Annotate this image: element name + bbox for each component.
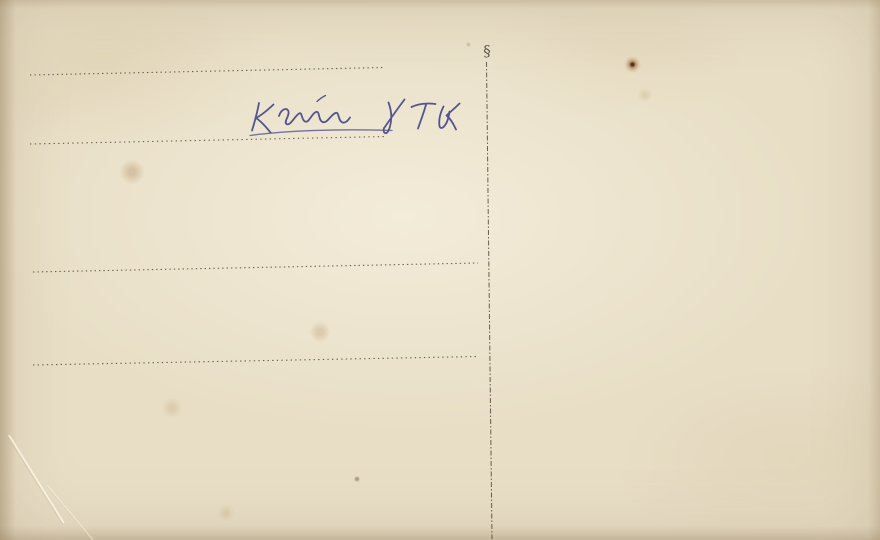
handwriting-stroke <box>385 100 405 128</box>
printed-and-written-layer: § <box>0 0 880 540</box>
divider-line <box>487 62 493 539</box>
handwritten-note <box>250 96 460 136</box>
address-line-4 <box>33 357 478 366</box>
handwriting-stroke <box>384 103 392 134</box>
handwriting-underline <box>250 130 392 136</box>
handwriting-stroke <box>447 104 460 130</box>
address-lines-group <box>30 68 478 366</box>
handwriting-stroke <box>317 96 326 102</box>
handwriting-stroke <box>418 105 426 129</box>
handwriting-stroke <box>279 109 350 124</box>
address-line-2 <box>30 137 386 145</box>
postcard-scan: § <box>0 0 880 540</box>
address-line-3 <box>33 263 478 272</box>
address-line-1 <box>30 68 384 76</box>
handwriting-stroke <box>412 104 436 107</box>
printer-mark: § <box>483 42 491 60</box>
